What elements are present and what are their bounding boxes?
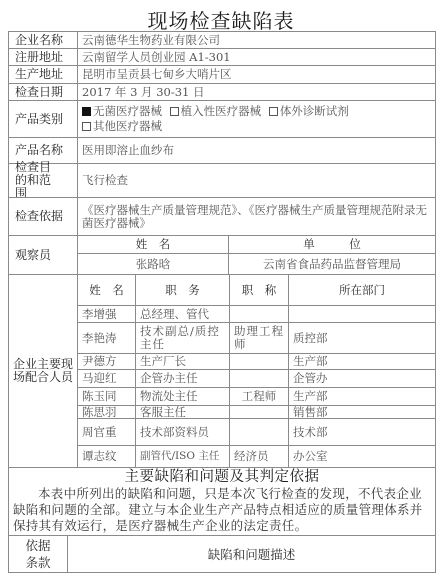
- option-ivd[interactable]: 体外诊断试剂: [269, 104, 349, 118]
- label-company-name: 企业名称: [8, 31, 78, 49]
- table-row-name: 李艳涛: [77, 322, 136, 354]
- table-row-duty: 物流处主任: [135, 387, 230, 406]
- value-purpose: 飞行检查: [77, 163, 436, 198]
- table-row-dept: 质控部: [288, 322, 436, 354]
- checkbox-icon[interactable]: [82, 122, 91, 131]
- staff-header-name: 姓 名: [77, 274, 136, 306]
- table-row-duty: 客服主任: [135, 405, 230, 419]
- table-row-title: [229, 405, 289, 419]
- table-row-dept: 办公室: [288, 445, 436, 468]
- product-category-options: 无菌医疗器械 植入性医疗器械 体外诊断试剂 其他医疗器械: [77, 100, 436, 138]
- label-observer: 观察员: [8, 235, 78, 275]
- value-basis: 《医疗器械生产质量管理规范》、《医疗器械生产质量管理规范附录无菌医疗器械》: [77, 197, 436, 236]
- observer-header-unit: 单 位: [228, 235, 436, 254]
- table-row-duty: 企管办主任: [135, 369, 230, 388]
- table-row-title: 助理工程师: [229, 322, 289, 354]
- value-production-address: 昆明市呈贡县七甸乡大哨片区: [77, 65, 436, 84]
- table-row-name: 尹德方: [77, 353, 136, 370]
- table-row-name: 马迎红: [77, 369, 136, 388]
- value-company-name: 云南德华生物药业有限公司: [77, 31, 436, 49]
- table-row-duty: 总经理、管代: [135, 305, 230, 323]
- checkbox-checked-icon[interactable]: [82, 107, 91, 116]
- column-basis-clause: 依据条款: [8, 535, 68, 573]
- table-row-dept: 销售部: [288, 405, 436, 419]
- table-row-duty: 技术副总/质控主任: [135, 322, 230, 354]
- checkbox-icon[interactable]: [170, 107, 179, 116]
- label-inspection-date: 检查日期: [8, 83, 78, 101]
- label-basis: 检查依据: [8, 197, 78, 236]
- table-row-title: [229, 353, 289, 370]
- table-row-name: 周官重: [77, 418, 136, 446]
- table-row-dept: 技术部: [288, 418, 436, 446]
- value-inspection-date: 2017 年 3 月 30-31 日: [77, 83, 436, 101]
- staff-header-title: 职 称: [229, 274, 289, 306]
- value-registered-address: 云南留学人员创业园 A1-301: [77, 48, 436, 66]
- table-row-title: 工程师: [229, 387, 289, 406]
- table-row-dept: 企管办: [288, 369, 436, 388]
- label-registered-address: 注册地址: [8, 48, 78, 66]
- table-row-duty: 生产厂长: [135, 353, 230, 370]
- staff-header-dept: 所在部门: [288, 274, 436, 306]
- value-product-name: 医用即溶止血纱布: [77, 137, 436, 164]
- observer-unit: 云南省食品药品监督管理局: [228, 253, 436, 275]
- table-row-name: 陈思羽: [77, 405, 136, 419]
- table-row-title: [229, 305, 289, 323]
- option-implantable[interactable]: 植入性医疗器械: [170, 104, 262, 118]
- label-production-address: 生产地址: [8, 65, 78, 84]
- table-row-name: 谭志纹: [77, 445, 136, 468]
- table-row-title: [229, 369, 289, 388]
- table-row-dept: 生产部: [288, 353, 436, 370]
- option-sterile[interactable]: 无菌医疗器械: [82, 104, 162, 118]
- table-row-duty: 技术部资料员: [135, 418, 230, 446]
- defects-heading: 主要缺陷和问题及其判定依据: [9, 469, 435, 486]
- observer-name: 张路晗: [77, 253, 229, 275]
- table-row-name: 陈玉同: [77, 387, 136, 406]
- observer-header-name: 姓 名: [77, 235, 229, 254]
- column-defect-description: 缺陷和问题描述: [67, 535, 436, 573]
- defects-notice: 本表中所列出的缺陷和问题，只是本次飞行检查的发现，不代表企业缺陷和问题的全部。建…: [9, 486, 435, 534]
- table-row-name: 李增强: [77, 305, 136, 323]
- checkbox-icon[interactable]: [269, 107, 278, 116]
- option-other[interactable]: 其他医疗器械: [82, 119, 162, 133]
- table-row-dept: [288, 305, 436, 323]
- defects-section: 主要缺陷和问题及其判定依据 本表中所列出的缺陷和问题，只是本次飞行检查的发现，不…: [8, 467, 436, 536]
- label-staff: 企业主要现场配合人员: [8, 274, 78, 468]
- label-product-category: 产品类别: [8, 100, 78, 138]
- label-purpose: 检查目的和范围: [8, 163, 78, 198]
- table-row-duty: 副管代/ISO 主任: [135, 445, 230, 468]
- table-row-title: [229, 418, 289, 446]
- staff-header-duty: 职 务: [135, 274, 230, 306]
- table-row-dept: 生产部: [288, 387, 436, 406]
- page-title: 现场检查缺陷表: [0, 5, 442, 34]
- table-row-title: 经济员: [229, 445, 289, 468]
